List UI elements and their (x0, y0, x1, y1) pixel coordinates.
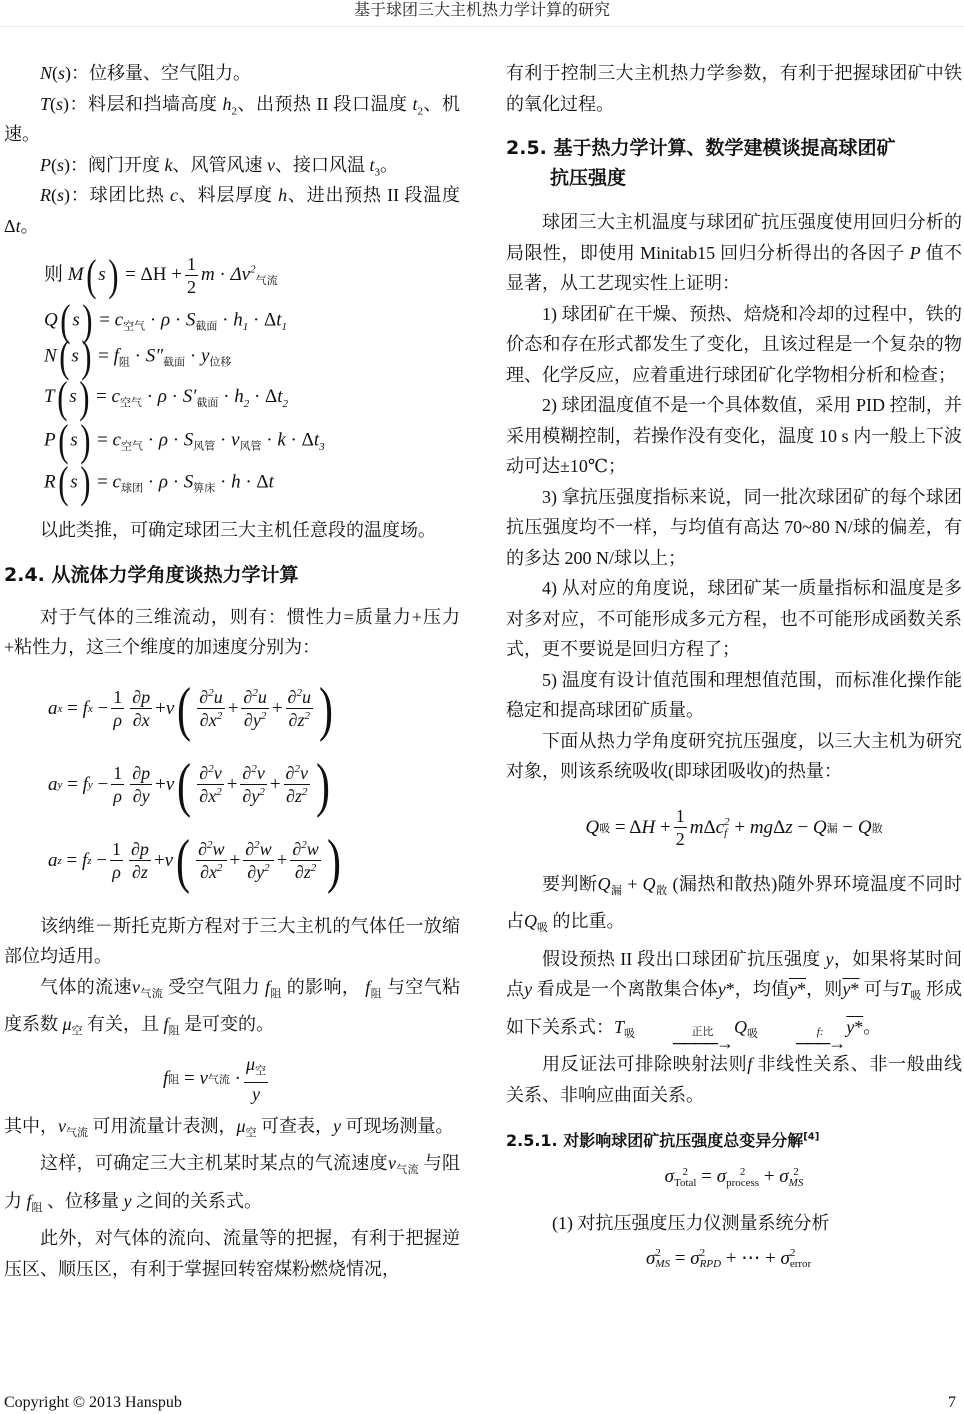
def-R: R(s)：球团比热 c、料层厚度 h、进出预热 II 段温度 Δt。 (4, 180, 460, 241)
section-heading-2-4: 2.4. 从流体力学角度谈热力学计算 (4, 560, 460, 590)
para-drag: 气体的流速v气流 受空气阻力 f阻 的影响， f阻 与空气粘度系数 μ空 有关，… (4, 972, 460, 1047)
mapping-arrow: f:───→ (760, 1027, 844, 1048)
header-rule (0, 26, 964, 27)
section-heading-2-5-1: 2.5.1. 对影响球团矿抗压强度总变异分解[4] (506, 1128, 962, 1154)
def-P: P(s)：阀门开度 k、风管风速 v、接口风温 t3。 (4, 150, 460, 181)
para-assume: 假设预热 II 段出口球团矿抗压强度 y，如果将某时间点y 看成是一个离散集合体… (506, 944, 962, 1050)
citation-ref[interactable]: [4] (803, 1132, 819, 1143)
equation-R: R(s) = c球团 · ρ · S箅床 · h · Δt (44, 461, 460, 503)
equation-drag: f阻 = v气流 ·μ空y (4, 1047, 460, 1111)
equation-az: az = fz −1ρ∂p∂z+ν(∂2w∂x2+∂2w∂y2+∂2w∂z2) (48, 823, 460, 899)
para-navier-stokes: 该纳维－斯托克斯方程对于三大主机的气体任一放缩部位均适用。 (4, 911, 460, 972)
navier-stokes-equations: ax = fx −1ρ∂p∂x+ν(∂2u∂x2+∂2u∂y2+∂2u∂z2) … (4, 671, 460, 899)
equation-variance-total: σ2Total = σ2process + σ2MS (506, 1160, 962, 1194)
list-item-5: 5) 温度有设计值范围和理想值范围，而标准化操作能稳定和提高球团矿质量。 (506, 665, 962, 726)
running-header: 基于球团三大主机热力学计算的研究 (0, 0, 964, 22)
para-thus: 这样，可确定三大主机某时某点的气流速度v气流 与阻力 f阻 、位移量 y 之间的… (4, 1148, 460, 1223)
equation-P: P(s) = c空气 · ρ · S风管 · v风管 · k · Δt3 (44, 419, 460, 461)
list-item-2: 2) 球团温度值不是一个具体数值，采用 PID 控制，并采用模糊控制，若操作没有… (506, 390, 962, 482)
equation-Q: Q(s) = c空气 · ρ · S截面 · h1 · Δt1 (44, 299, 460, 335)
footer-copyright: Copyright © 2013 Hanspub (4, 1394, 182, 1412)
state-equations: 则 M(s) = ΔH +12m · Δv2气流 Q(s) = c空气 · ρ … (4, 251, 460, 503)
proportional-arrow: 正比────→ (637, 1027, 732, 1048)
equation-ay: ay = fy −1ρ∂p∂y+ν(∂2v∂x2+∂2v∂y2+∂2v∂z2) (48, 747, 460, 823)
para-infer: 以此类推，可确定球团三大主机任意段的温度场。 (4, 515, 460, 546)
list-item-3: 3) 拿抗压强度指标来说，同一批次球团矿的每个球团抗压强度均不一样，与均值有高达… (506, 482, 962, 574)
right-column: 有利于控制三大主机热力学参数，有利于把握球团矿中铁的氧化过程。 2.5. 基于热… (506, 58, 962, 1279)
equation-N: N(s) = f阻 · S″截面 · y位移 (44, 335, 460, 375)
para-flow: 对于气体的三维流动，则有：惯性力=质量力+压力+粘性力，这三个维度的加速度分别为… (4, 602, 460, 663)
para-besides: 此外，对气体的流向、流量等的把握，有利于把握逆压区、顺压区，有利于掌握回转窑煤粉… (4, 1223, 460, 1284)
equation-heat: Q吸 = ΔH +12mΔc2f + mgΔz − Q漏 − Q散 (506, 787, 962, 869)
item-measurement-system: (1) 对抗压强度压力仪测量系统分析 (506, 1208, 962, 1239)
para-continued: 有利于控制三大主机热力学参数，有利于把握球团矿中铁的氧化过程。 (506, 58, 962, 119)
para-judge: 要判断Q漏 + Q散 (漏热和散热)随外界环境温度不同时占Q吸 的比重。 (506, 869, 962, 944)
para-proof: 用反证法可排除映射法则f 非线性关系、非一般曲线关系、非响应曲面关系。 (506, 1049, 962, 1110)
section-heading-2-5: 2.5. 基于热力学计算、数学建模谈提高球团矿 抗压强度 (506, 133, 962, 193)
equation-T: T(s) = c空气 · ρ · S′截面 · h2 · Δt2 (44, 375, 460, 419)
def-N: N(s)：位移量、空气阻力。 (4, 58, 460, 89)
para-heat: 下面从热力学角度研究抗压强度，以三大主机为研究对象，则该系统吸收(即球团吸收)的… (506, 726, 962, 787)
equation-M: 则 M(s) = ΔH +12m · Δv2气流 (44, 251, 460, 299)
equation-ax: ax = fx −1ρ∂p∂x+ν(∂2u∂x2+∂2u∂y2+∂2u∂z2) (48, 671, 460, 747)
list-item-4: 4) 从对应的角度说，球团矿某一质量指标和温度是多对多对应，不可能形成多元方程，… (506, 573, 962, 665)
para-regression: 球团三大主机温度与球团矿抗压强度使用回归分析的局限性，即使用 Minitab15… (506, 207, 962, 299)
left-column: N(s)：位移量、空气阻力。 T(s)：料层和挡墙高度 h2、出预热 II 段口… (4, 58, 460, 1284)
para-where: 其中，v气流 可用流量计表测，μ空 可查表，y 可现场测量。 (4, 1111, 460, 1149)
list-item-1: 1) 球团矿在干燥、预热、焙烧和冷却的过程中，铁的价态和存在形式都发生了变化，且… (506, 299, 962, 391)
equation-variance-ms: σ2MS = σ2RPD + ⋯ + σ2error (506, 1239, 962, 1279)
def-T: T(s)：料层和挡墙高度 h2、出预热 II 段口温度 t2、机速。 (4, 89, 460, 150)
page-number: 7 (948, 1394, 956, 1412)
